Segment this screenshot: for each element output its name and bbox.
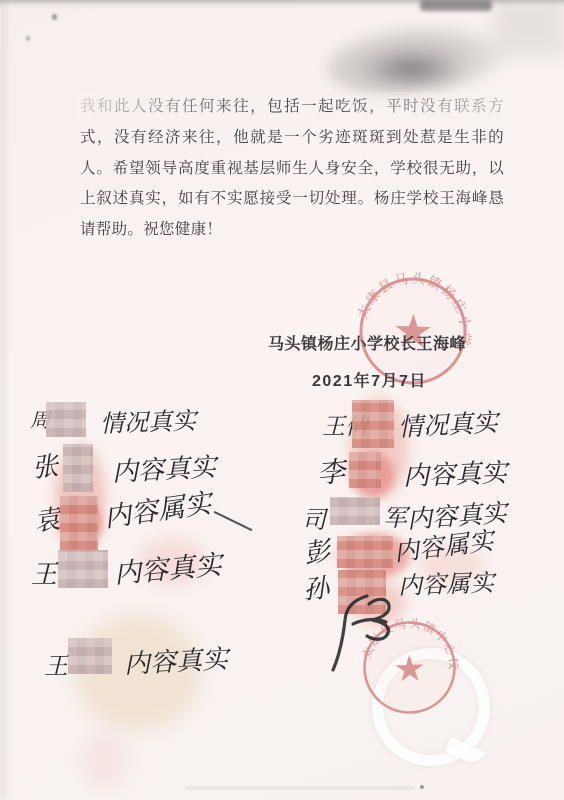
redaction-mosaic: [349, 452, 381, 488]
redaction-mosaic: [63, 444, 93, 492]
redaction-mosaic: [352, 400, 394, 448]
ink-smudge-core: [365, 52, 465, 90]
redaction-mosaic: [337, 536, 393, 568]
ink-mark-top: [420, 0, 492, 11]
dust-speck: [52, 14, 57, 20]
scan-left-shadow: [0, 0, 6, 800]
handwriting-stroke: [214, 511, 253, 531]
redaction-mosaic: [46, 402, 86, 437]
scanned-letter-photo: 我和此人没有任何来往，包括一起吃饭，平时没有联系方式，没有经济来往，他就是一个劣…: [0, 0, 564, 800]
principal-signature-scrawl: [325, 590, 420, 685]
scan-corner-shadow: [495, 0, 564, 55]
endorser-surname: 袁: [31, 499, 62, 539]
redaction-mosaic: [68, 638, 112, 674]
scan-line-artifact: [185, 787, 415, 789]
redaction-mosaic: [330, 497, 380, 525]
endorsement-statement: 情况真实: [99, 401, 196, 439]
dust-speck: [26, 36, 30, 41]
redaction-mosaic: [58, 550, 108, 588]
endorser-surname: 王: [31, 554, 57, 591]
endorsement-statement: 内容真实: [112, 543, 223, 591]
endorser-surname: 王: [44, 646, 68, 681]
principal-name-line: 马头镇杨庄小学校长王海峰: [268, 331, 466, 354]
date-line: 2021年7月7日: [312, 368, 427, 391]
endorser-surname: 司: [302, 500, 326, 535]
endorser-surname: 张: [30, 445, 60, 485]
redaction-mosaic: [60, 496, 98, 550]
endorser-name-suffix: 军: [383, 498, 407, 533]
endorser-surname: 彭: [301, 531, 332, 571]
endorsement-statement: 内容真实: [402, 452, 507, 493]
endorser-surname: 李: [315, 450, 346, 492]
endorsement-statement: 情况真实: [397, 403, 499, 444]
endorsement-statement: 内容属实: [101, 481, 213, 535]
scan-dot-artifact: [420, 785, 424, 789]
scan-fade-overlay: [76, 92, 506, 121]
fingerprint-mark: [82, 732, 127, 787]
endorsement-statement: 内容真实: [123, 639, 229, 681]
